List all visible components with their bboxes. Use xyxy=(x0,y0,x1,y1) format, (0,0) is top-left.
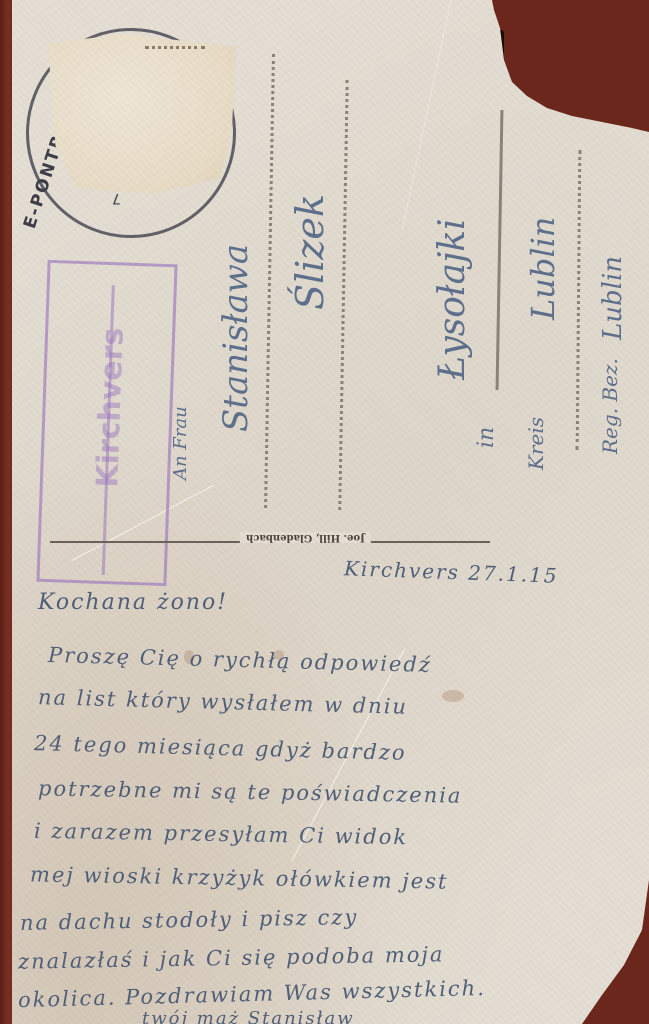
removed-stamp-residue xyxy=(48,34,236,194)
address-salutation: An Frau xyxy=(170,406,191,480)
printer-imprint: Joe. Hill, Gladenbach xyxy=(240,532,371,543)
recipient-last-name: Ślizek xyxy=(288,194,332,310)
message-line-9: okolica. Pozdrawiam Was wszystkich. xyxy=(18,976,486,1012)
message-line-6: mej wioski krzyżyk ołówkiem jest xyxy=(30,862,449,893)
message-line-8: znalazłaś i jak Ci się podoba moja xyxy=(18,942,445,973)
address-district-label: Kreis xyxy=(524,417,548,470)
paper-crease xyxy=(402,0,470,231)
address-region: Lublin xyxy=(598,256,628,340)
postcard-photo: E-PONTRAUST 7 Kirchvers An Frau Stanisła… xyxy=(0,0,649,1024)
message-greeting: Kochana żono! xyxy=(38,590,228,615)
address-region-label: Reg. Bez. xyxy=(598,358,622,454)
message-line-4: potrzebne mi są te poświadczenia xyxy=(38,776,463,807)
recipient-first-name: Stanisława xyxy=(216,244,256,432)
message-line-3: 24 tego miesiąca gdyż bardzo xyxy=(34,731,407,765)
message-signature: twój mąż Stanisław xyxy=(142,1008,355,1024)
address-line-2 xyxy=(338,80,349,510)
address-line-1 xyxy=(264,54,275,508)
message-line-1: Proszę Cię o rychłą odpowiedź xyxy=(48,643,432,677)
stamp-perforation xyxy=(145,46,205,49)
message-place-date: Kirchvers 27.1.15 xyxy=(344,556,559,587)
address-line-4 xyxy=(576,150,582,450)
censor-stamp-text: Kirchvers xyxy=(90,377,129,488)
message-line-7: na dachu stodoły i pisz czy xyxy=(20,905,359,935)
message-line-2: na list który wysłałem w dniu xyxy=(38,685,409,719)
postcard-back: E-PONTRAUST 7 Kirchvers An Frau Stanisła… xyxy=(12,0,649,1024)
address-district: Lublin xyxy=(524,217,562,320)
message-line-5: i zarazem przesyłam Ci widok xyxy=(34,819,408,850)
address-prefix-in: in xyxy=(474,427,499,448)
address-place: Łysołajki xyxy=(432,218,473,380)
postmark-date: 7 xyxy=(112,190,121,206)
censor-stamp: Kirchvers xyxy=(36,260,177,586)
address-line-3 xyxy=(496,110,504,390)
paper-stain xyxy=(442,690,464,702)
